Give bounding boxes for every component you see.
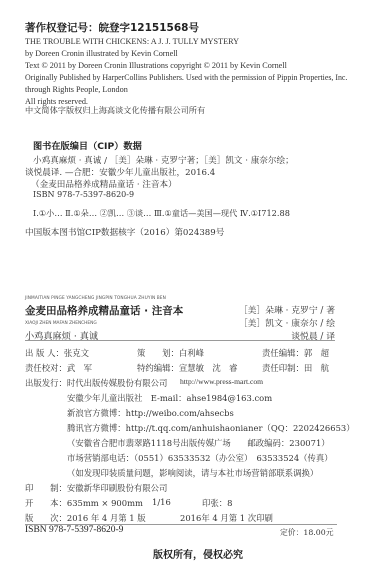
cip-isbn: ISBN 978-7-5397-8620-9 (33, 190, 134, 199)
cip-line: 小鸡真麻烦 · 真诚 / ［美］朵琳 · 克罗宁著；［美］凯文 · 康奈尔绘； (33, 154, 294, 166)
publisher-tencent: 腾讯官方微博：http://t.qq.com/anhuishaonianer（Q… (67, 422, 355, 434)
staff-special-editor: 特约编辑：宣慧敏 沈 睿 (137, 362, 238, 374)
cip-line: 谈悦晨译. —合肥：安徽少年儿童出版社，2016.4 (25, 166, 215, 178)
impression: 2016年 4 月第 1 次印刷 (180, 512, 273, 524)
original-info-title: THE TROUBLE WITH CHICKENS: A J. J. TULLY… (25, 37, 239, 46)
edition: 版 次：2016 年 4 月第 1 版 (25, 512, 146, 524)
original-info-rights-people: through Rights People, London (25, 85, 128, 94)
printed-sheets: 印张：8 (202, 497, 232, 509)
cip-line: （金麦田品格养成精品童话 · 注音本） (31, 178, 177, 190)
original-info-publisher: Originally Published by HarperCollins Pu… (25, 73, 347, 82)
credit-illustrator: ［美］凯文 · 康奈尔 / 绘 (239, 316, 335, 329)
divider-top (25, 340, 335, 341)
staff-planner: 策 划：白利峰 (137, 347, 204, 359)
publisher-notice: （如发现印装质量问题，影响阅读，请与本社市场营销部联系调换） (67, 467, 318, 479)
footer-isbn: ISBN 978-7-5397-8620-9 (25, 525, 123, 535)
registration-number: 著作权登记号：皖登字12151568号 (25, 20, 199, 35)
series-pinyin: JINMAITIAN PINGE YANGCHENG JINGPIN TONGH… (25, 296, 166, 301)
format: 开 本：635mm × 900mm (25, 497, 143, 509)
book-title-pinyin: XIAOJI ZHEN MAFAN ZHENCHENG (25, 321, 97, 326)
printer: 印 制：安徽新华印刷股份有限公司 (25, 482, 167, 494)
publisher-email: 安徽少年儿童出版社 E-mail：ahse1984@163.com (67, 392, 272, 404)
cip-number: 中国版本图书馆CIP数据核字（2016）第024389号 (25, 226, 224, 238)
chinese-rights: 中文简体字版权归上海高谈文化传播有限公司所有 (25, 105, 205, 116)
original-info-authors: by Doreen Cronin illustrated by Kevin Co… (25, 49, 178, 58)
original-info-copyright: Text © 2011 by Doreen Cronin Illustratio… (25, 61, 287, 70)
publisher-weibo: 新浪官方微博：http://weibo.com/ahsecbs (67, 407, 234, 419)
publisher-address: （安徽省合肥市翡翠路1118号出版传媒广场 邮政编码：230071） (67, 437, 330, 449)
credit-author: ［美］朵琳 · 克罗宁 / 著 (239, 303, 335, 316)
staff-publisher: 出 版 人：张克文 (25, 347, 89, 359)
staff-editor: 责任编辑：郭 超 (262, 347, 329, 359)
series-title: 金麦田品格养成精品童话 · 注音本 (25, 303, 183, 318)
price: 定价：18.00元 (280, 527, 334, 538)
format-fraction: 1/16 (152, 497, 171, 507)
cip-classification: Ⅰ.①小… Ⅱ.①朵… ②凯… ③谈… Ⅲ.①童话—美国—现代 Ⅳ.①I712.… (33, 208, 290, 219)
cip-title: 图书在版编目（CIP）数据 (33, 138, 142, 152)
distributor: 出版发行：时代出版传媒股份有限公司 (25, 377, 167, 389)
staff-proofreader: 责任校对：武 军 (25, 362, 92, 374)
rights-notice: 版权所有，侵权必究 (153, 546, 243, 561)
publisher-phone: 市场营销部电话：（0551）63533532（办公室） 63533524（传真） (67, 452, 333, 464)
distributor-url: http://www.press-mart.com (180, 377, 263, 386)
staff-print-manager: 责任印制：田 航 (262, 362, 329, 374)
